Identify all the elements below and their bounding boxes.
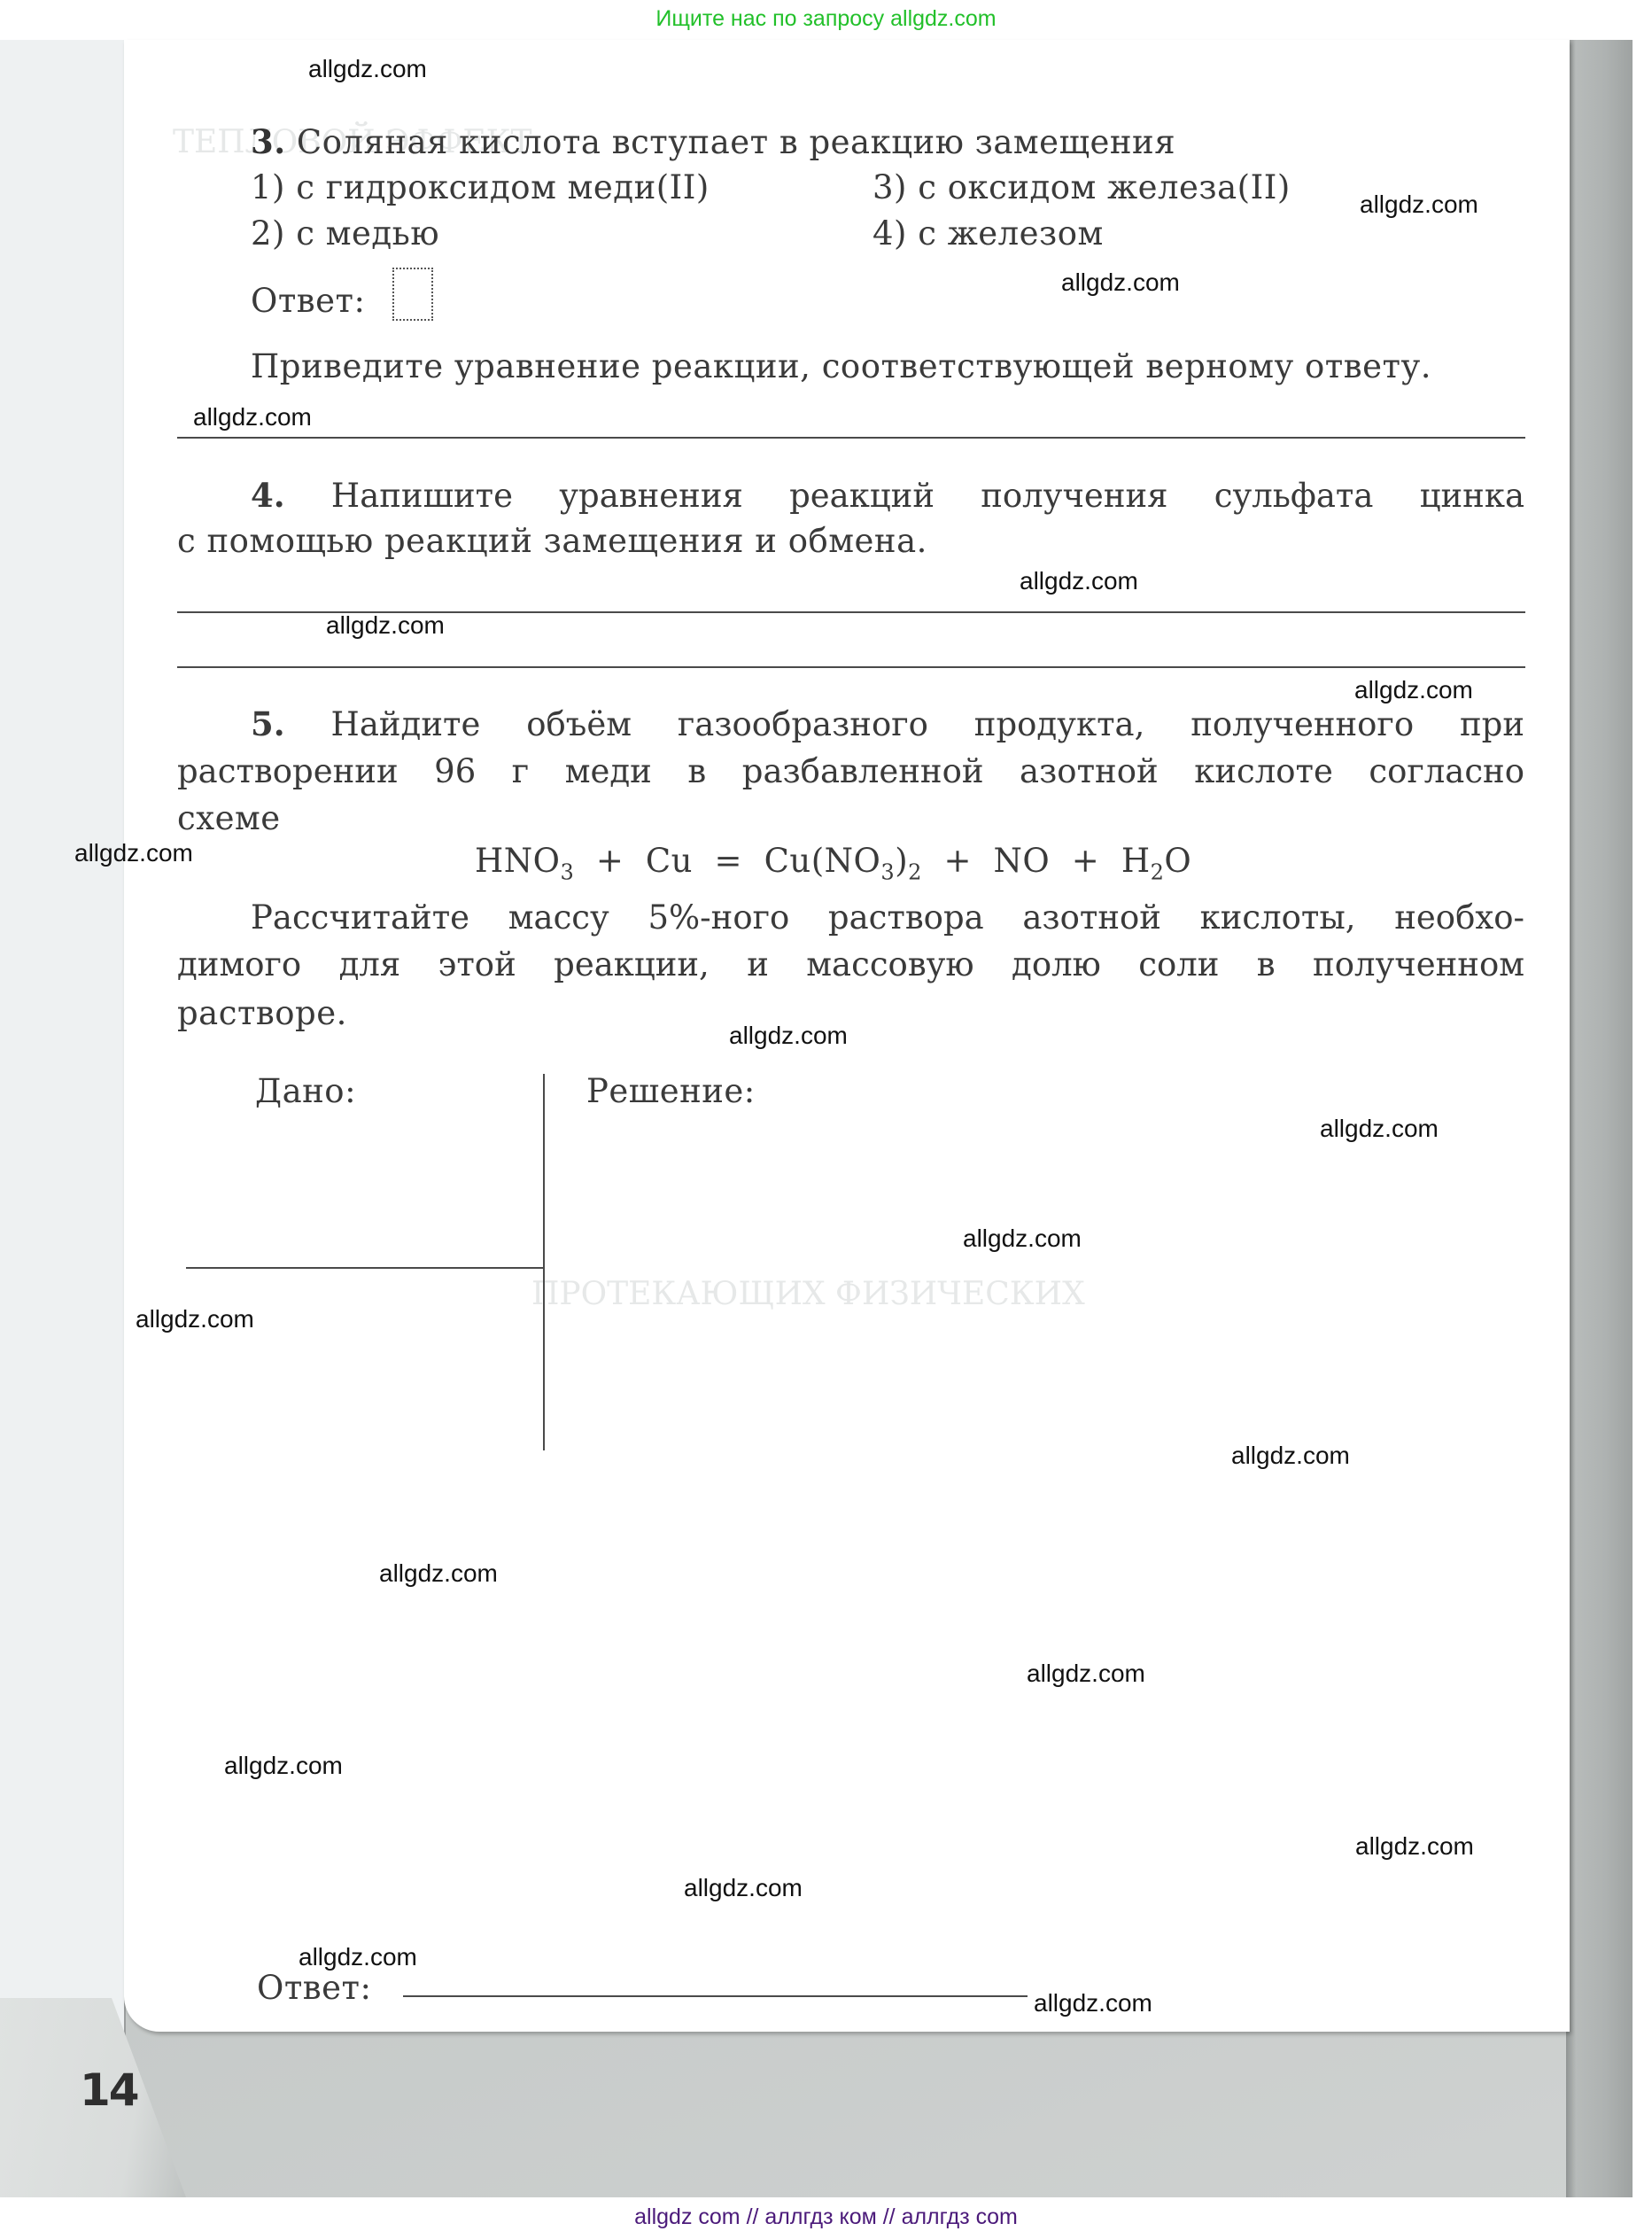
question-5-line-2: растворении 96 г меди в разбавленной азо…	[177, 752, 1524, 790]
watermark: allgdz.com	[1320, 1115, 1439, 1143]
q3-option-1: 1) с гидроксидом меди(II)	[251, 168, 710, 206]
q3-followup: Приведите уравнение реакции, соответству…	[251, 347, 1431, 385]
question-4-line-2: с помощью реакций замещения и обмена.	[177, 522, 927, 560]
watermark: allgdz.com	[224, 1752, 343, 1780]
question-5-line-4: Рассчитайте массу 5%-ного раствора азотн…	[251, 898, 1524, 937]
question-4-line-1: 4. Напишите уравнения реакций получения …	[251, 476, 1524, 515]
q4-answer-line-2[interactable]	[177, 666, 1525, 668]
q3-answer-label: Ответ:	[251, 282, 365, 320]
question-5-line-6: растворе.	[177, 994, 347, 1032]
top-banner: Ищите нас по запросу allgdz.com	[0, 0, 1652, 40]
q5-answer-line[interactable]	[403, 1995, 1028, 1997]
watermark: allgdz.com	[326, 611, 445, 640]
reaction-equation: HNO3 + Cu = Cu(NO3)2 + NO + H2O	[475, 842, 1191, 884]
q3-answer-box[interactable]	[392, 268, 433, 321]
watermark: allgdz.com	[684, 1874, 803, 1902]
watermark: allgdz.com	[1027, 1660, 1145, 1688]
given-area[interactable]	[186, 1090, 540, 1263]
q5-answer-label: Ответ:	[257, 1969, 371, 2007]
watermark: allgdz.com	[299, 1943, 417, 1971]
watermark: allgdz.com	[1360, 190, 1478, 219]
watermark: allgdz.com	[729, 1022, 848, 1050]
watermark: allgdz.com	[308, 55, 427, 83]
q3-option-3: 3) с оксидом железа(II)	[873, 168, 1291, 206]
q3-option-2: 2) с медью	[251, 214, 439, 253]
table-divider-horizontal	[186, 1267, 544, 1269]
question-5-line-3: схеме	[177, 799, 281, 837]
footer-links[interactable]: allgdz com // аллгдз ком // аллгдз com	[0, 2199, 1652, 2235]
watermark: allgdz.com	[1355, 1832, 1474, 1861]
book-spine	[1566, 40, 1633, 2197]
watermark: allgdz.com	[379, 1559, 498, 1588]
watermark: allgdz.com	[74, 839, 193, 867]
q3-answer-line[interactable]	[177, 437, 1525, 439]
page-number: 14	[80, 2064, 138, 2116]
watermark: allgdz.com	[1034, 1989, 1152, 2017]
q3-option-4: 4) с железом	[873, 214, 1104, 253]
watermark: allgdz.com	[136, 1305, 254, 1333]
watermark: allgdz.com	[1354, 676, 1473, 704]
question-3-title: 3. Соляная кислота вступает в реакцию за…	[251, 122, 1175, 161]
watermark: allgdz.com	[1061, 268, 1180, 297]
solution-label: Решение:	[586, 1072, 756, 1110]
table-divider-vertical	[543, 1074, 545, 1450]
watermark: allgdz.com	[193, 403, 312, 431]
watermark: allgdz.com	[963, 1224, 1082, 1253]
question-5-line-1: 5. Найдите объём газообразного продукта,…	[251, 704, 1524, 743]
previous-page-edge	[0, 40, 126, 2069]
watermark: allgdz.com	[1020, 567, 1138, 595]
question-5-line-5: димого для этой реакции, и массовую долю…	[177, 945, 1524, 983]
watermark: allgdz.com	[1231, 1442, 1350, 1470]
